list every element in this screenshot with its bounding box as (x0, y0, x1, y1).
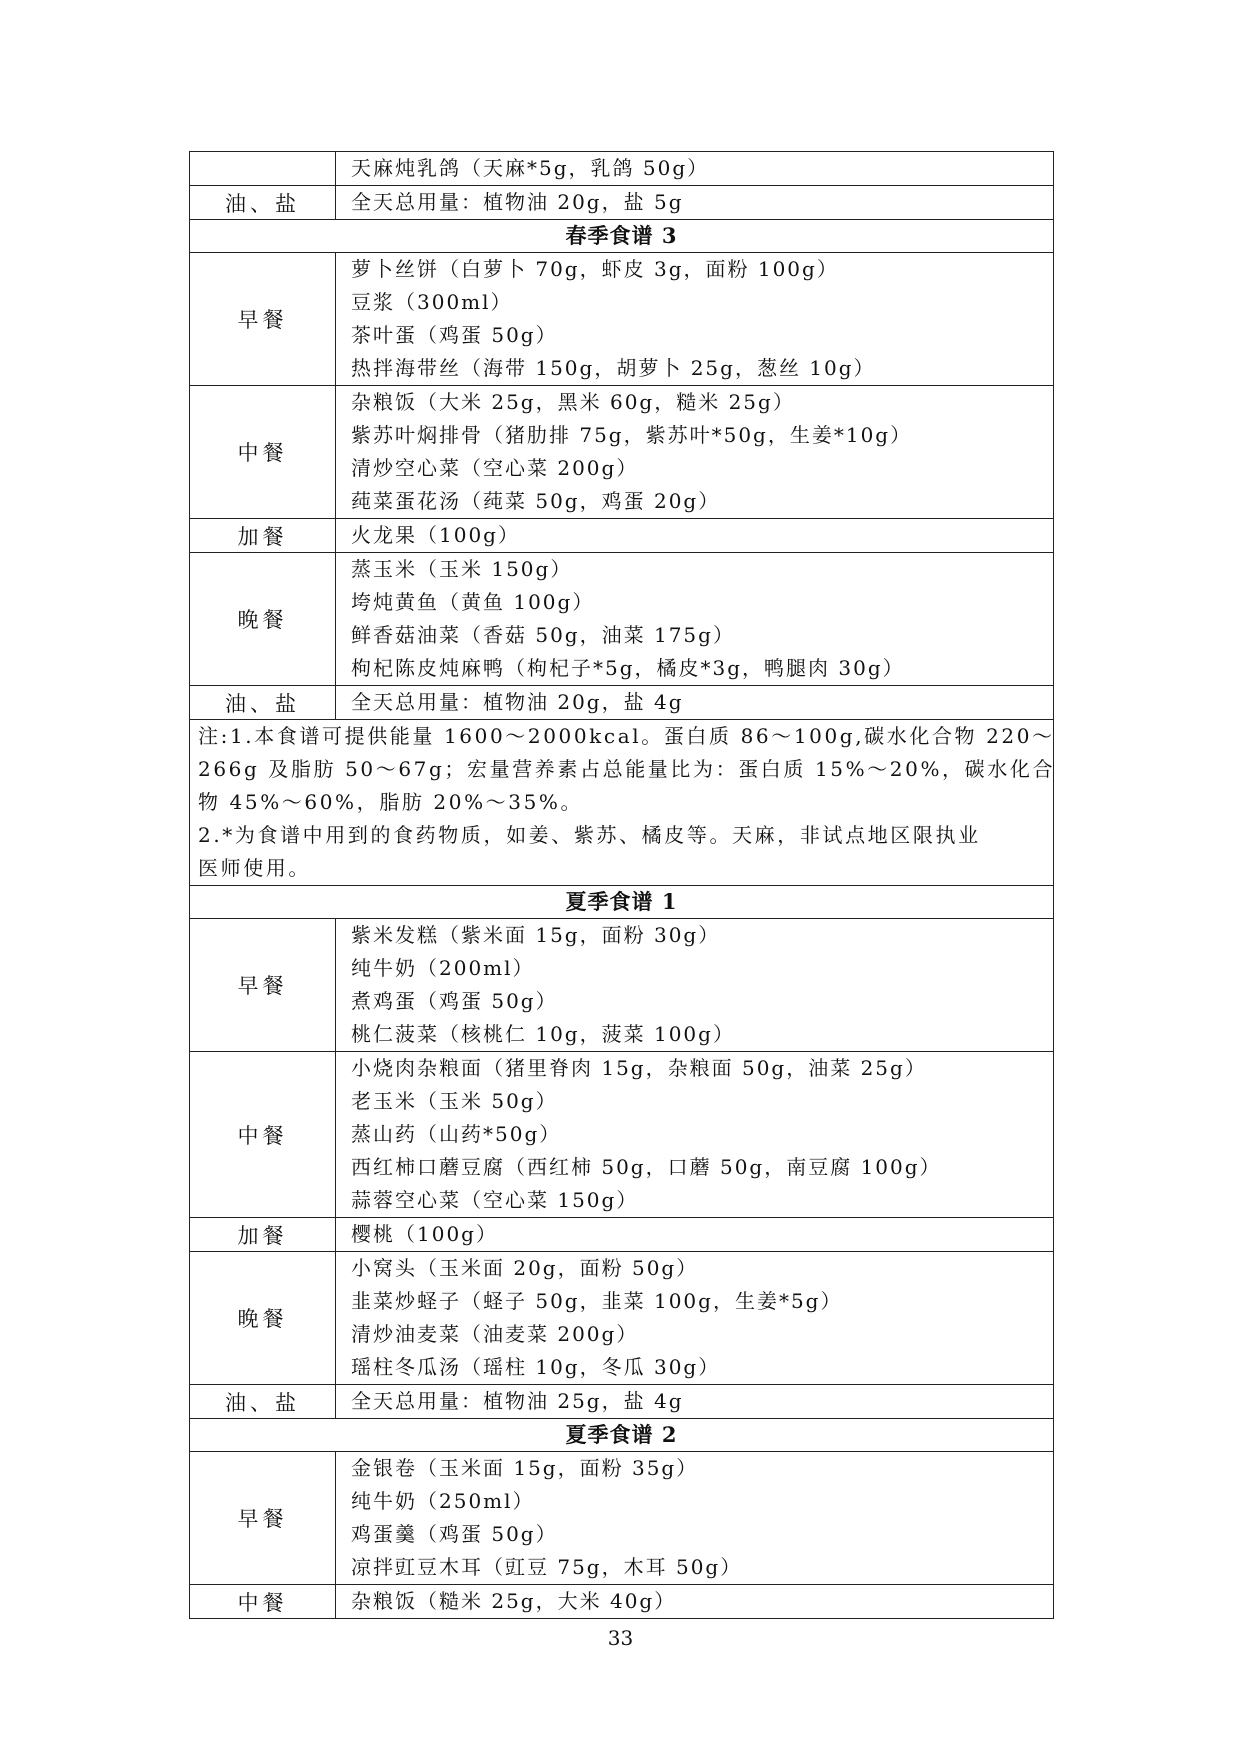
meal-items: 天麻炖乳鸽（天麻*5g，乳鸽 50g） (336, 152, 1054, 186)
dish-item: 蒸玉米（玉米 150g） (351, 553, 1053, 586)
dish-item: 天麻炖乳鸽（天麻*5g，乳鸽 50g） (351, 152, 1053, 185)
meal-row: 加餐樱桃（100g） (190, 1218, 1054, 1252)
meal-row: 天麻炖乳鸽（天麻*5g，乳鸽 50g） (190, 152, 1054, 186)
meal-label: 早餐 (190, 253, 336, 386)
dish-item: 火龙果（100g） (351, 519, 1053, 552)
meal-items: 杂粮饭（糙米 25g，大米 40g） (336, 1585, 1054, 1619)
dish-item: 清炒空心菜（空心菜 200g） (351, 452, 1053, 485)
dish-item: 小窝头（玉米面 20g，面粉 50g） (351, 1252, 1053, 1285)
meal-items: 紫米发糕（紫米面 15g，面粉 30g）纯牛奶（200ml）煮鸡蛋（鸡蛋 50g… (336, 919, 1054, 1052)
meal-row: 中餐杂粮饭（糙米 25g，大米 40g） (190, 1585, 1054, 1619)
dish-item: 清炒油麦菜（油麦菜 200g） (351, 1318, 1053, 1351)
meal-row: 早餐萝卜丝饼（白萝卜 70g，虾皮 3g，面粉 100g）豆浆（300ml）茶叶… (190, 253, 1054, 386)
section-header-row: 春季食谱 3 (190, 220, 1054, 253)
meal-row: 油、盐全天总用量：植物油 20g，盐 5g (190, 186, 1054, 220)
dish-item: 全天总用量：植物油 25g，盐 4g (351, 1385, 1053, 1418)
meal-label: 加餐 (190, 1218, 336, 1252)
dish-item: 紫苏叶焖排骨（猪肋排 75g，紫苏叶*50g，生姜*10g） (351, 419, 1053, 452)
note-line: 266g 及脂肪 50～67g；宏量营养素占总能量比为：蛋白质 15%～20%，… (198, 753, 1045, 786)
meal-label: 中餐 (190, 386, 336, 519)
dish-item: 蒸山药（山药*50g） (351, 1118, 1053, 1151)
meal-label: 中餐 (190, 1052, 336, 1218)
dish-item: 全天总用量：植物油 20g，盐 5g (351, 186, 1053, 219)
meal-items: 小窝头（玉米面 20g，面粉 50g）韭菜炒蛏子（蛏子 50g，韭菜 100g，… (336, 1252, 1054, 1385)
meal-items: 金银卷（玉米面 15g，面粉 35g）纯牛奶（250ml）鸡蛋羹（鸡蛋 50g）… (336, 1452, 1054, 1585)
dish-item: 小烧肉杂粮面（猪里脊肉 15g，杂粮面 50g，油菜 25g） (351, 1052, 1053, 1085)
dish-item: 杂粮饭（大米 25g，黑米 60g，糙米 25g） (351, 386, 1053, 419)
dish-item: 莼菜蛋花汤（莼菜 50g，鸡蛋 20g） (351, 485, 1053, 518)
meal-items: 小烧肉杂粮面（猪里脊肉 15g，杂粮面 50g，油菜 25g）老玉米（玉米 50… (336, 1052, 1054, 1218)
meal-row: 中餐杂粮饭（大米 25g，黑米 60g，糙米 25g）紫苏叶焖排骨（猪肋排 75… (190, 386, 1054, 519)
dish-item: 金银卷（玉米面 15g，面粉 35g） (351, 1452, 1053, 1485)
dish-item: 纯牛奶（200ml） (351, 952, 1053, 985)
dish-item: 鲜香菇油菜（香菇 50g，油菜 175g） (351, 619, 1053, 652)
meal-items: 樱桃（100g） (336, 1218, 1054, 1252)
meal-row: 油、盐全天总用量：植物油 20g，盐 4g (190, 686, 1054, 720)
notes-cell: 注:1.本食谱可提供能量 1600～2000kcal。蛋白质 86～100g,碳… (190, 720, 1054, 886)
dish-item: 枸杞陈皮炖麻鸭（枸杞子*5g，橘皮*3g，鸭腿肉 30g） (351, 652, 1053, 685)
meal-items: 全天总用量：植物油 20g，盐 5g (336, 186, 1054, 220)
dish-item: 瑶柱冬瓜汤（瑶柱 10g，冬瓜 30g） (351, 1351, 1053, 1384)
dish-item: 韭菜炒蛏子（蛏子 50g，韭菜 100g，生姜*5g） (351, 1285, 1053, 1318)
note-line: 物 45%～60%，脂肪 20%～35%。 (198, 786, 1045, 819)
dish-item: 热拌海带丝（海带 150g，胡萝卜 25g，葱丝 10g） (351, 352, 1053, 385)
meal-row: 油、盐全天总用量：植物油 25g，盐 4g (190, 1385, 1054, 1419)
note-line: 注:1.本食谱可提供能量 1600～2000kcal。蛋白质 86～100g,碳… (198, 720, 1045, 753)
section-header-row: 夏季食谱 2 (190, 1419, 1054, 1452)
meal-label: 加餐 (190, 519, 336, 553)
note-line: 2.*为食谱中用到的食药物质，如姜、紫苏、橘皮等。天麻，非试点地区限执业 (198, 819, 1045, 852)
meal-label: 早餐 (190, 919, 336, 1052)
meal-label (190, 152, 336, 186)
meal-items: 全天总用量：植物油 25g，盐 4g (336, 1385, 1054, 1419)
note-line: 医师使用。 (198, 852, 1045, 885)
dish-item: 樱桃（100g） (351, 1218, 1053, 1251)
meal-label: 中餐 (190, 1585, 336, 1619)
dish-item: 茶叶蛋（鸡蛋 50g） (351, 319, 1053, 352)
dish-item: 杂粮饭（糙米 25g，大米 40g） (351, 1585, 1053, 1618)
section-header-row: 夏季食谱 1 (190, 886, 1054, 919)
dish-item: 鸡蛋羹（鸡蛋 50g） (351, 1518, 1053, 1551)
section-title: 夏季食谱 1 (190, 886, 1054, 919)
dish-item: 凉拌豇豆木耳（豇豆 75g，木耳 50g） (351, 1551, 1053, 1584)
meal-row: 早餐金银卷（玉米面 15g，面粉 35g）纯牛奶（250ml）鸡蛋羹（鸡蛋 50… (190, 1452, 1054, 1585)
meal-items: 火龙果（100g） (336, 519, 1054, 553)
dish-item: 老玉米（玉米 50g） (351, 1085, 1053, 1118)
meal-label: 油、盐 (190, 1385, 336, 1419)
meal-row: 早餐紫米发糕（紫米面 15g，面粉 30g）纯牛奶（200ml）煮鸡蛋（鸡蛋 5… (190, 919, 1054, 1052)
dish-item: 紫米发糕（紫米面 15g，面粉 30g） (351, 919, 1053, 952)
meal-label: 晚餐 (190, 553, 336, 686)
meal-row: 加餐火龙果（100g） (190, 519, 1054, 553)
meal-items: 杂粮饭（大米 25g，黑米 60g，糙米 25g）紫苏叶焖排骨（猪肋排 75g，… (336, 386, 1054, 519)
meal-label: 早餐 (190, 1452, 336, 1585)
meal-items: 蒸玉米（玉米 150g）垮炖黄鱼（黄鱼 100g）鲜香菇油菜（香菇 50g，油菜… (336, 553, 1054, 686)
dish-item: 豆浆（300ml） (351, 286, 1053, 319)
menu-table: 天麻炖乳鸽（天麻*5g，乳鸽 50g）油、盐全天总用量：植物油 20g，盐 5g… (189, 151, 1054, 1619)
dish-item: 桃仁菠菜（核桃仁 10g，菠菜 100g） (351, 1018, 1053, 1051)
dish-item: 西红柿口蘑豆腐（西红柿 50g，口蘑 50g，南豆腐 100g） (351, 1151, 1053, 1184)
meal-items: 萝卜丝饼（白萝卜 70g，虾皮 3g，面粉 100g）豆浆（300ml）茶叶蛋（… (336, 253, 1054, 386)
meal-row: 晚餐蒸玉米（玉米 150g）垮炖黄鱼（黄鱼 100g）鲜香菇油菜（香菇 50g，… (190, 553, 1054, 686)
section-title: 夏季食谱 2 (190, 1419, 1054, 1452)
meal-label: 油、盐 (190, 186, 336, 220)
dish-item: 纯牛奶（250ml） (351, 1485, 1053, 1518)
page-number: 33 (0, 1626, 1241, 1650)
notes-row: 注:1.本食谱可提供能量 1600～2000kcal。蛋白质 86～100g,碳… (190, 720, 1054, 886)
section-title: 春季食谱 3 (190, 220, 1054, 253)
dish-item: 全天总用量：植物油 20g，盐 4g (351, 686, 1053, 719)
meal-row: 晚餐小窝头（玉米面 20g，面粉 50g）韭菜炒蛏子（蛏子 50g，韭菜 100… (190, 1252, 1054, 1385)
dish-item: 垮炖黄鱼（黄鱼 100g） (351, 586, 1053, 619)
dish-item: 煮鸡蛋（鸡蛋 50g） (351, 985, 1053, 1018)
dish-item: 蒜蓉空心菜（空心菜 150g） (351, 1184, 1053, 1217)
meal-items: 全天总用量：植物油 20g，盐 4g (336, 686, 1054, 720)
meal-label: 油、盐 (190, 686, 336, 720)
meal-row: 中餐小烧肉杂粮面（猪里脊肉 15g，杂粮面 50g，油菜 25g）老玉米（玉米 … (190, 1052, 1054, 1218)
dish-item: 萝卜丝饼（白萝卜 70g，虾皮 3g，面粉 100g） (351, 253, 1053, 286)
meal-label: 晚餐 (190, 1252, 336, 1385)
